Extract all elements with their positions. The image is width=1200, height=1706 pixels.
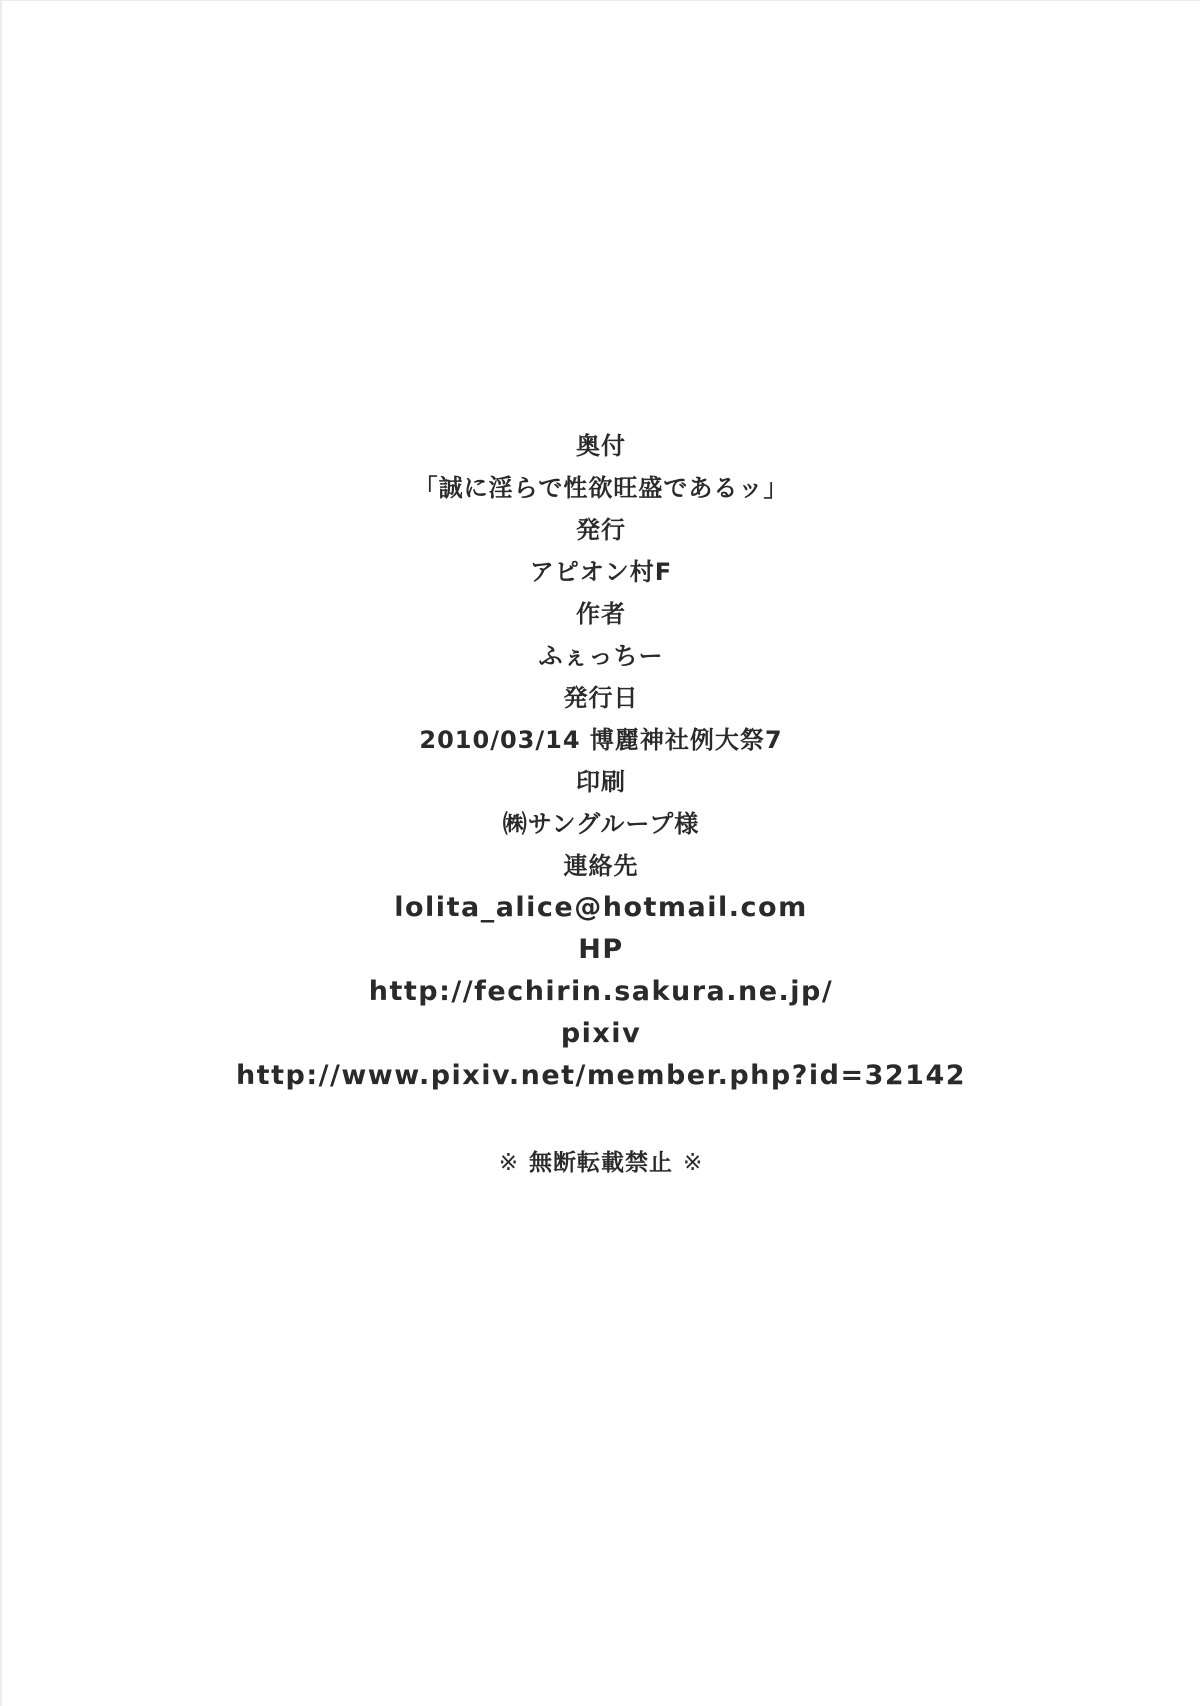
contact-email: lolita_alice@hotmail.com bbox=[2, 887, 1200, 929]
reference-mark-icon: ※ bbox=[683, 1150, 703, 1176]
printer-label: 印刷 bbox=[2, 761, 1200, 803]
contact-label: 連絡先 bbox=[2, 845, 1200, 887]
no-reprint-notice: ※無断転載禁止※ bbox=[2, 1144, 1200, 1177]
reference-mark-icon: ※ bbox=[499, 1150, 519, 1176]
colophon-heading: 奥付 bbox=[2, 425, 1200, 467]
publisher-name: アピオン村F bbox=[2, 551, 1200, 593]
printer-name: ㈱サングループ様 bbox=[2, 803, 1200, 845]
colophon-page: 奥付 「誠に淫らで性欲旺盛であるッ」 発行 アピオン村F 作者 ふぇっちー 発行… bbox=[0, 0, 1200, 1706]
colophon-block: 奥付 「誠に淫らで性欲旺盛であるッ」 発行 アピオン村F 作者 ふぇっちー 発行… bbox=[2, 425, 1200, 1097]
pixiv-url: http://www.pixiv.net/member.php?id=32142 bbox=[2, 1055, 1200, 1097]
author-name: ふぇっちー bbox=[2, 635, 1200, 677]
publish-date: 2010/03/14 博麗神社例大祭7 bbox=[2, 719, 1200, 761]
date-label: 発行日 bbox=[2, 677, 1200, 719]
notice-text: 無断転載禁止 bbox=[529, 1150, 673, 1176]
book-title: 「誠に淫らで性欲旺盛であるッ」 bbox=[2, 467, 1200, 509]
author-label: 作者 bbox=[2, 593, 1200, 635]
hp-label: HP bbox=[2, 929, 1200, 971]
publisher-label: 発行 bbox=[2, 509, 1200, 551]
hp-url: http://fechirin.sakura.ne.jp/ bbox=[2, 971, 1200, 1013]
pixiv-label: pixiv bbox=[2, 1013, 1200, 1055]
